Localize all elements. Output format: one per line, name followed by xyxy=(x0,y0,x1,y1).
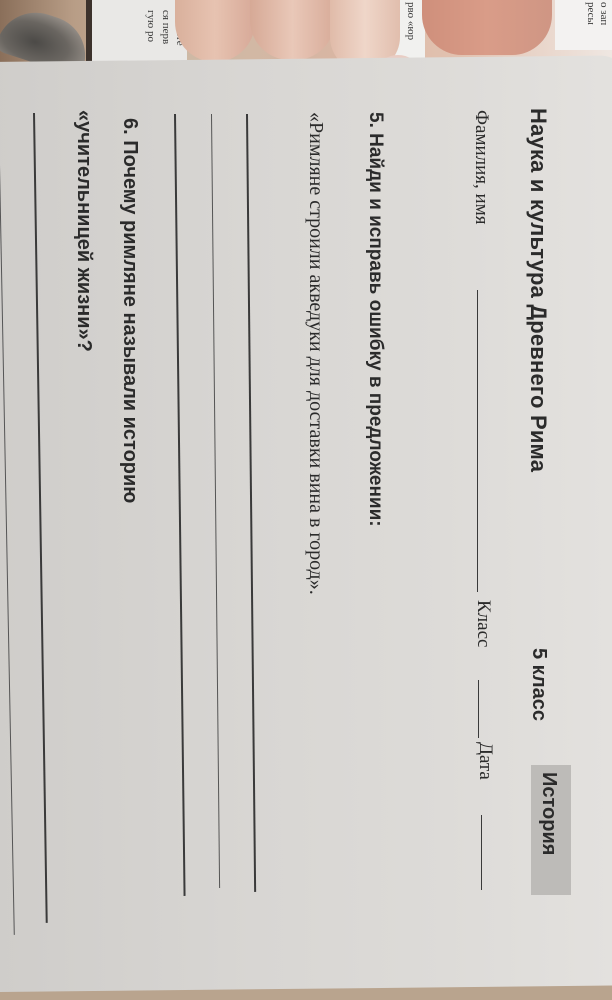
question-5-sentence: «Римляне строили акведуки для доставки в… xyxy=(304,112,327,595)
name-label: Фамилия, имя xyxy=(470,110,492,224)
name-field-line[interactable] xyxy=(477,290,478,592)
answer-line[interactable] xyxy=(174,114,186,896)
answer-line[interactable] xyxy=(0,113,15,935)
answer-line[interactable] xyxy=(33,113,48,923)
class-label: Класс xyxy=(472,600,494,647)
subject-label: История xyxy=(537,772,560,855)
answer-line[interactable] xyxy=(246,114,256,892)
worksheet-title: Наука и культура Древнего Рима xyxy=(525,108,551,472)
question-6-prompt-line2: «учительницей жизни»? xyxy=(72,110,95,352)
class-field-line[interactable] xyxy=(478,680,479,738)
worksheet-content: Наука и культура Древнего Рима 5 класс И… xyxy=(0,0,612,1000)
answer-line[interactable] xyxy=(211,114,220,888)
question-5-prompt: 5. Найди и исправь ошибку в предложении: xyxy=(364,112,386,527)
question-6-prompt: 6. Почему римляне называли историю xyxy=(118,118,141,503)
date-field-line[interactable] xyxy=(481,815,482,890)
date-label: Дата xyxy=(474,742,496,780)
grade-label: 5 класс xyxy=(527,648,550,721)
